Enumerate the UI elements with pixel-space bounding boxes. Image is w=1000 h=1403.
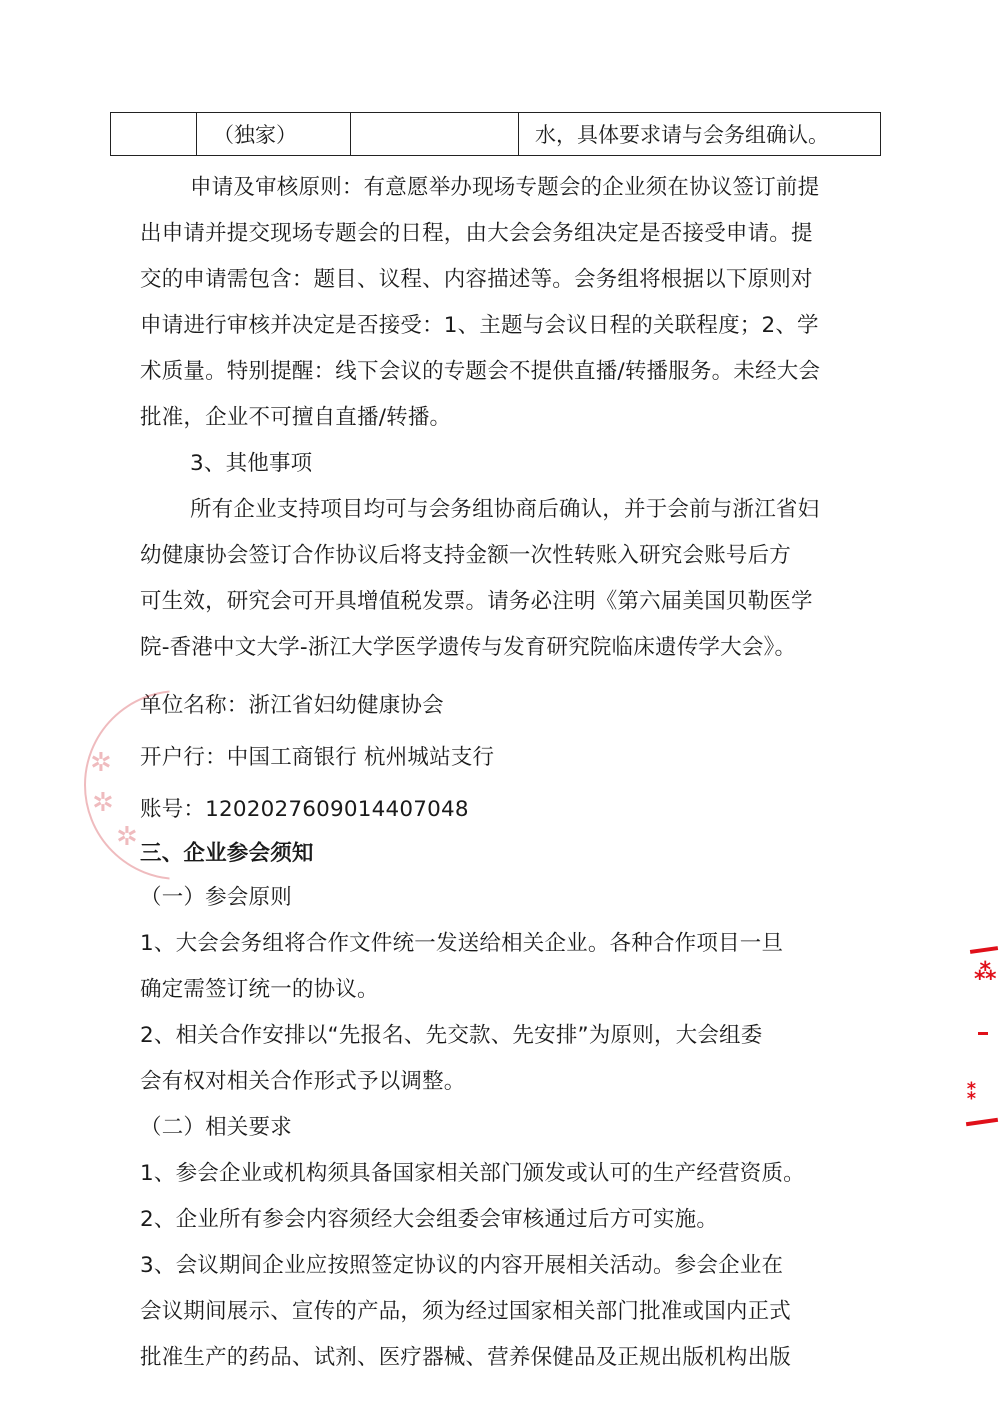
- table-cell: （独家）: [197, 113, 351, 156]
- table-row: （独家） 水，具体要求请与会务组确认。: [111, 113, 881, 156]
- paragraph-line: 幼健康协会签订合作协议后将支持金额一次性转账入研究会账号后方: [140, 538, 791, 569]
- paragraph-line: 申请进行审核并决定是否接受：1、主题与会议日程的关联程度；2、学: [140, 308, 819, 339]
- paragraph-line: 2、企业所有参会内容须经大会组委会审核通过后方可实施。: [140, 1202, 718, 1233]
- bank-name: 开户行：中国工商银行 杭州城站支行: [140, 740, 494, 771]
- table-cell: 水，具体要求请与会务组确认。: [519, 113, 881, 156]
- seam-seal-stamp: ⁂ ⁑: [962, 940, 1000, 1140]
- account-number: 账号：1202027609014407048: [140, 792, 469, 823]
- paragraph-line: 所有企业支持项目均可与会务组协商后确认，并于会前与浙江省妇: [190, 492, 819, 523]
- paragraph-line: 院-香港中文大学-浙江大学医学遗传与发育研究院临床遗传学大会》。: [140, 630, 796, 661]
- paragraph-line: 可生效，研究会可开具增值税发票。请务必注明《第六届美国贝勒医学: [140, 584, 813, 615]
- paragraph-line: 出申请并提交现场专题会的日程，由大会会务组决定是否接受申请。提: [140, 216, 813, 247]
- subsection-heading-requirements: （二）相关要求: [140, 1110, 292, 1141]
- paragraph-line: 确定需签订统一的协议。: [140, 972, 379, 1003]
- paragraph-line: 3、会议期间企业应按照签定协议的内容开展相关活动。参会企业在: [140, 1248, 783, 1279]
- paragraph-line: 术质量。特别提醒：线下会议的专题会不提供直播/转播服务。未经大会: [140, 354, 820, 385]
- paragraph-line: 批准生产的药品、试剂、医疗器械、营养保健品及正规出版机构出版: [140, 1340, 791, 1371]
- table-cell: [111, 113, 197, 156]
- sponsorship-table-fragment: （独家） 水，具体要求请与会务组确认。: [110, 112, 881, 156]
- paragraph-line: 1、参会企业或机构须具备国家相关部门颁发或认可的生产经营资质。: [140, 1156, 805, 1187]
- document-page: （独家） 水，具体要求请与会务组确认。 申请及审核原则：有意愿举办现场专题会的企…: [0, 0, 1000, 1403]
- paragraph-line: 交的申请需包含：题目、议程、内容描述等。会务组将根据以下原则对: [140, 262, 813, 293]
- paragraph-line: 申请及审核原则：有意愿举办现场专题会的企业须在协议签订前提: [190, 170, 819, 201]
- unit-name: 单位名称：浙江省妇幼健康协会: [140, 688, 444, 719]
- paragraph-line: 批准，企业不可擅自直播/转播。: [140, 400, 451, 431]
- section-heading-other-matters: 3、其他事项: [190, 446, 312, 477]
- paragraph-line: 会有权对相关合作形式予以调整。: [140, 1064, 466, 1095]
- table-cell: [351, 113, 519, 156]
- paragraph-line: 1、大会会务组将合作文件统一发送给相关企业。各种合作项目一旦: [140, 926, 783, 957]
- paragraph-line: 会议期间展示、宣传的产品，须为经过国家相关部门批准或国内正式: [140, 1294, 791, 1325]
- subsection-heading-principles: （一）参会原则: [140, 880, 292, 911]
- paragraph-line: 2、相关合作安排以“先报名、先交款、先安排”为原则，大会组委: [140, 1018, 762, 1049]
